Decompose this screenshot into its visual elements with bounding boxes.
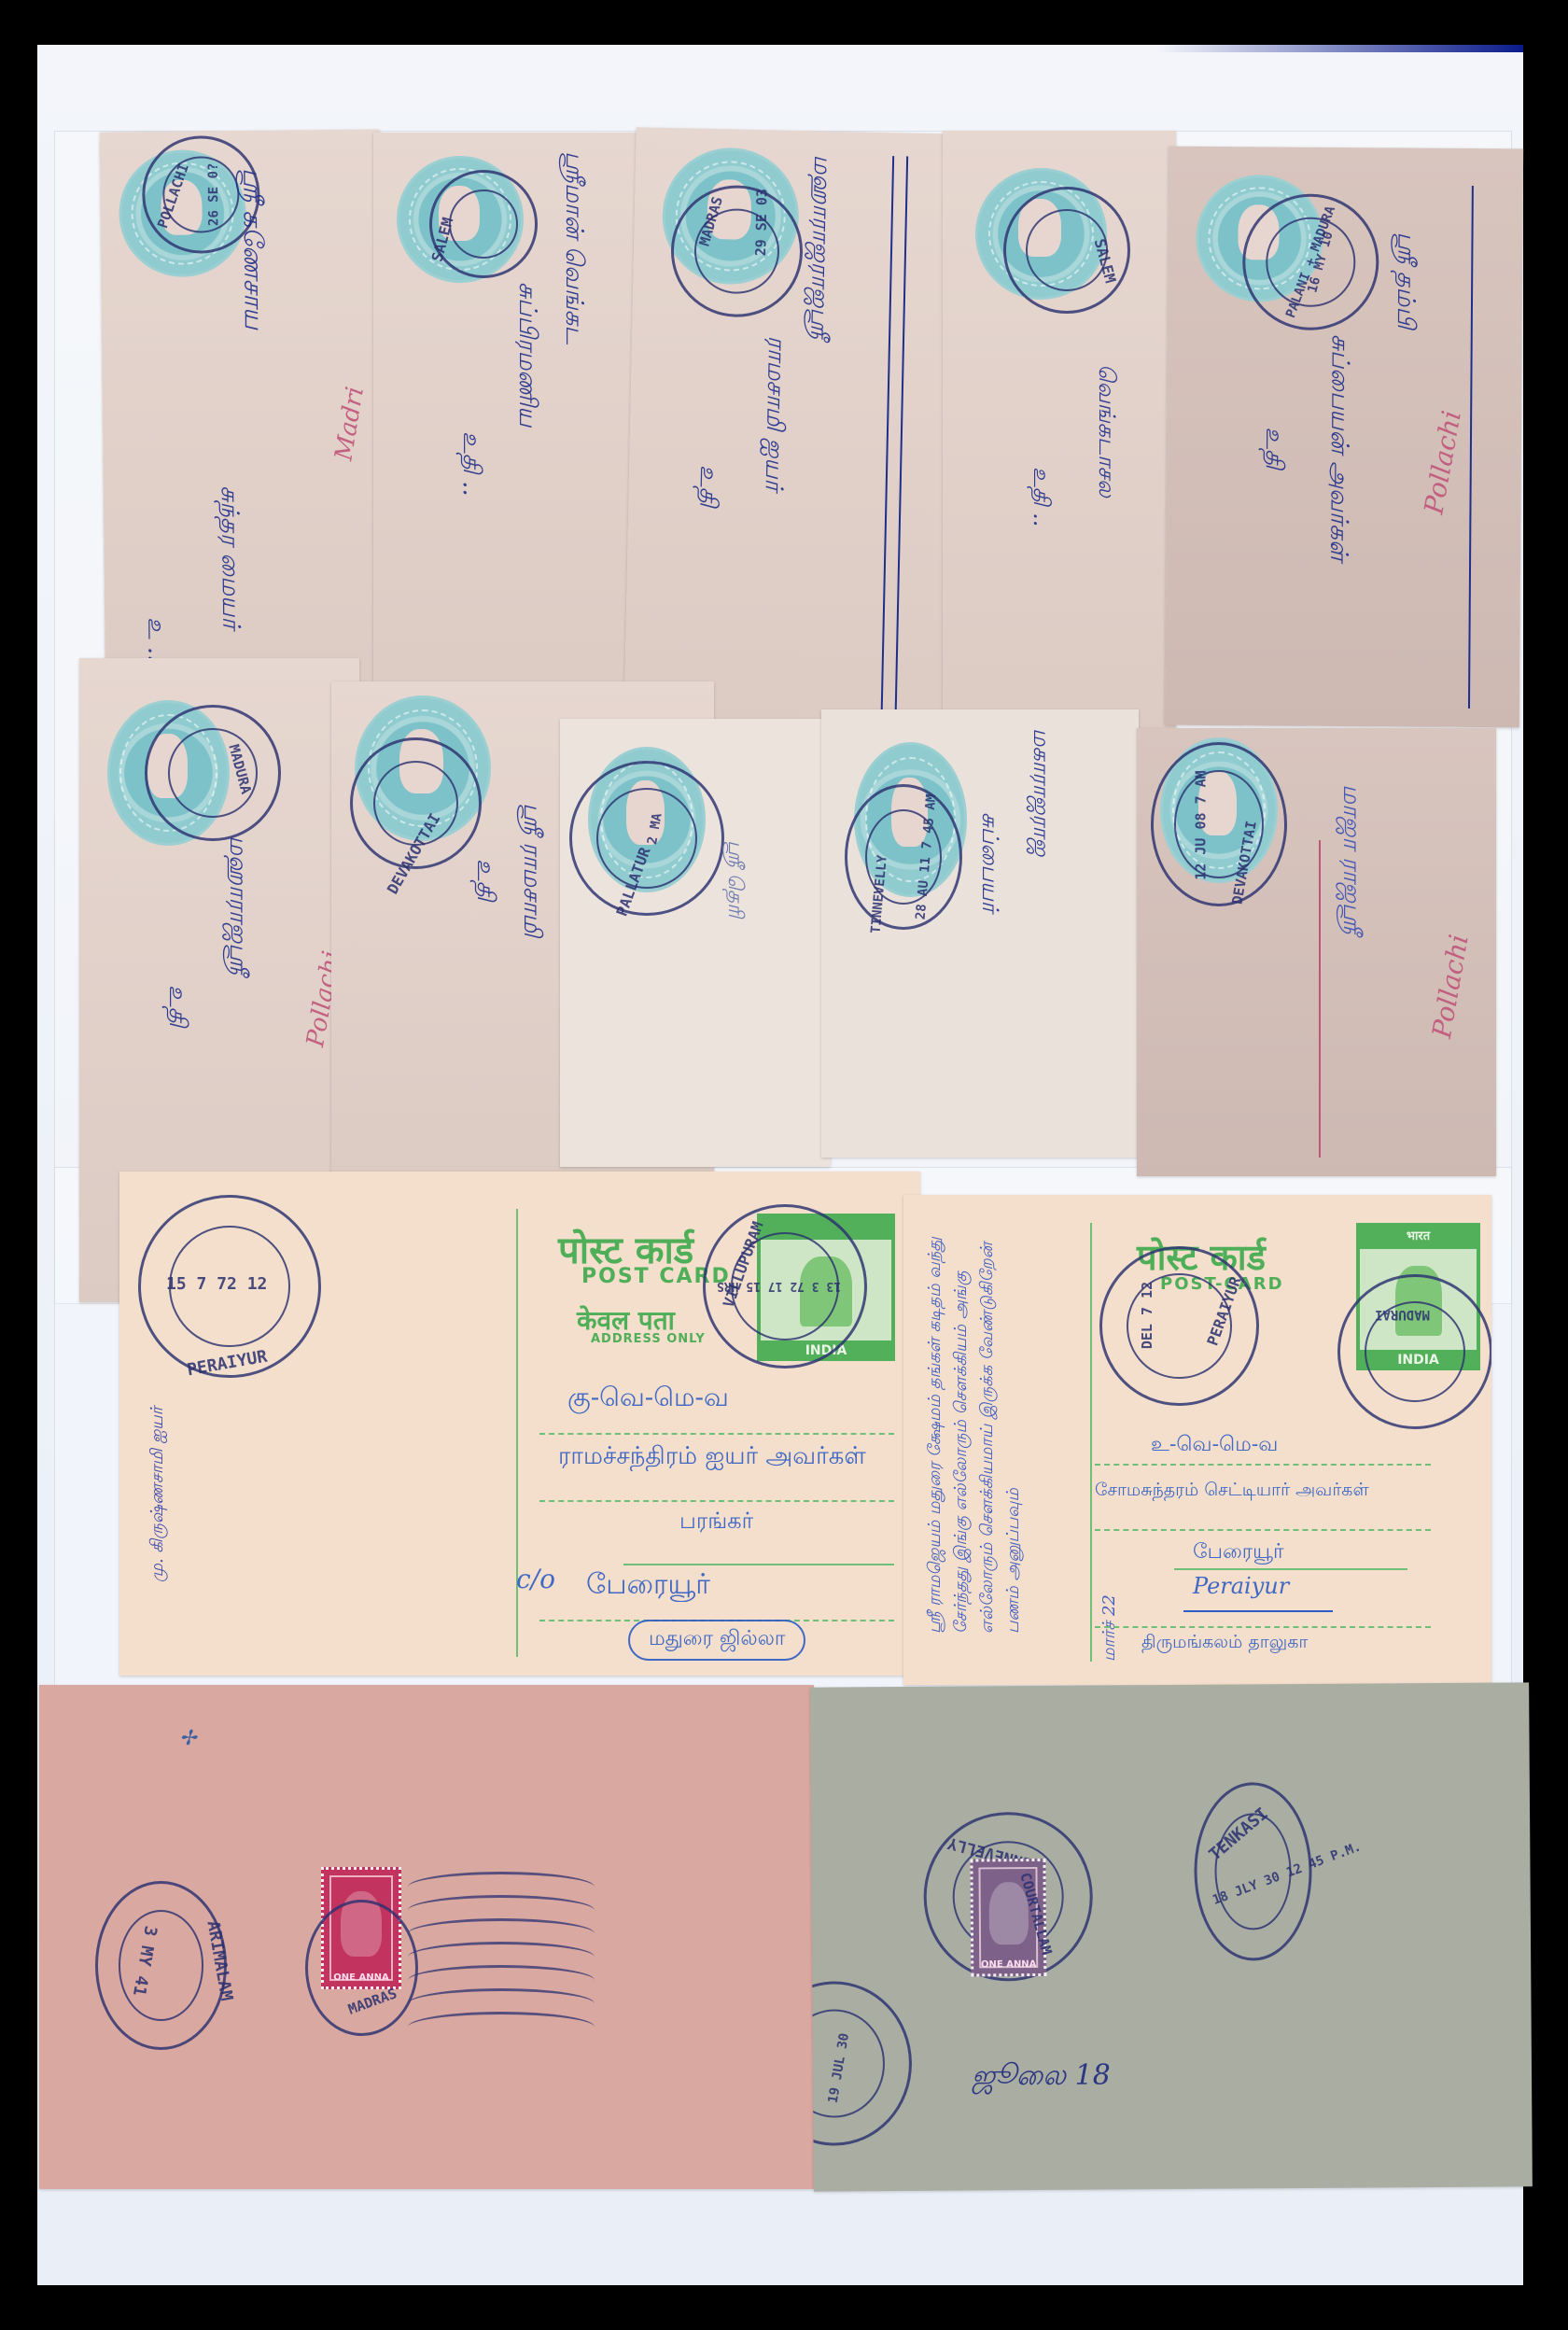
page-edge: [1157, 45, 1523, 52]
stamp-country-top: भारत: [1360, 1227, 1477, 1249]
wavy-cancel: [408, 2012, 595, 2042]
card-row2-4: TINNEVELLY 28 AU 11 7 45 AM மகாராஜராஜ சு…: [821, 709, 1139, 1158]
card-row2-3: PALLATUR 2 MA ஸ்ரீ தெரி: [560, 719, 831, 1167]
care-of: c/o: [516, 1564, 555, 1594]
handwriting: ஸ்ரீமான் வெங்கட: [557, 151, 588, 344]
message-text: ஸ்ரீ ராமஜெயம் மதுரை க்ஷேமம் தங்கள் கடிதம…: [922, 1204, 1027, 1634]
address-only-en: ADDRESS ONLY: [591, 1332, 706, 1346]
address-line: ராமச்சந்திரம் ஐயர் அவர்கள்: [558, 1442, 866, 1473]
handwriting: உதி: [691, 465, 722, 508]
handwriting: ராமசாமி ஐயர்: [757, 335, 791, 491]
address-line: திருமங்கலம் தாலுகா: [1141, 1632, 1308, 1655]
stamp-denomination: ONE ANNA: [973, 1959, 1043, 1971]
address-rule: [1174, 1568, 1407, 1570]
postmark-date: 26 SE 0?: [206, 163, 222, 227]
address-rule: [1095, 1626, 1431, 1628]
handwriting: உதி: [469, 859, 499, 901]
cover-tenkasi: TINNEVELLY ONE ANNA COURTALLAM TENKASI 1…: [810, 1682, 1533, 2191]
ruled-line: [881, 156, 895, 716]
ruled-line: [895, 156, 909, 716]
postmark-madras: [305, 1900, 418, 2036]
postmark-date: DEL 7 12: [1139, 1282, 1155, 1349]
card-row1-3: MADRAS 29 SE 03 மஹாராஜராஜஸ்ரீ ராமசாமி ஐய…: [623, 127, 967, 731]
address-line: மதுரை ஜில்லா: [628, 1620, 805, 1661]
address-line: உ-வெ-மெ-வ: [1151, 1433, 1278, 1459]
postmark: [670, 184, 805, 318]
postmark-arimalam: [95, 1881, 227, 2050]
annotation: Madri: [329, 385, 370, 462]
handwriting: உதி: [1257, 427, 1288, 469]
postmark-date: 13 3 72 17 15 HRS: [717, 1279, 841, 1293]
card-row1-5: PALANI + MADURA 16 MY 10 Pollachi ஸ்ரீ த…: [1165, 147, 1523, 728]
handwriting: ஜூலை 18: [972, 2058, 1111, 2096]
side-note: மார்ச் 22: [1099, 1594, 1121, 1662]
handwriting: சுப்பையர்: [974, 812, 1003, 912]
postmark-madurai: [1337, 1274, 1491, 1429]
handwriting: சுந்தர மையர்: [213, 485, 245, 629]
postmark-date: 12 JU 08 7 AM: [1193, 770, 1210, 879]
address-line: Peraiyur: [1193, 1573, 1289, 1599]
card-row1-1: POLLACHI 26 SE 0? ஸ்ரீ கணேசாய Madri சுந்…: [100, 129, 386, 729]
ruled-line: [1319, 840, 1321, 1158]
annotation: Pollachi: [1418, 408, 1467, 516]
address-line: சோமசுந்தரம் செட்டியார் அவர்கள்: [1095, 1480, 1369, 1503]
handwriting: மகாராஜராஜ: [1026, 728, 1055, 856]
postmark-town: MADURAI: [1375, 1307, 1430, 1322]
handwriting: வெங்கடாசல: [1091, 364, 1120, 498]
postcard-peraiyur-1: पोस्ट कार्ड POST CARD केवल पता ADDRESS O…: [119, 1172, 920, 1676]
handwriting: உதி: [161, 985, 191, 1027]
address-rule: [539, 1500, 894, 1502]
handwriting: மஹாராஜஸ்ரீ: [221, 835, 252, 975]
address-rule: [623, 1564, 894, 1565]
postmark-peraiyur: [1099, 1246, 1259, 1406]
cover-arimalam: ARIMALAM 3 MY 41 ONE ANNA MADRAS ✢: [39, 1685, 814, 2189]
handwriting: ஸ்ரீ தம்பி: [1389, 232, 1421, 329]
postmark-date: 29 SE 03: [752, 189, 771, 257]
handwriting: சுப்பிரமணிய: [511, 282, 541, 427]
handwriting: உ ..: [139, 617, 171, 663]
sender-note: மு. கிருஷ்ணசாமி ஐயர்: [147, 1407, 169, 1582]
handwriting: உதி ..: [455, 431, 485, 497]
card-row1-2: SALEM ஸ்ரீமான் வெங்கட சுப்பிரமணிய உதி ..: [373, 133, 644, 711]
address-underline: [1183, 1610, 1333, 1612]
ruled-line: [1468, 186, 1474, 709]
handwriting: சுப்பையன் அவர்கள்: [1322, 334, 1354, 562]
address-line: பேரையூர்: [586, 1568, 710, 1605]
address-rule: [1095, 1464, 1431, 1466]
postcard-peraiyur-2: ஸ்ரீ ராமஜெயம் மதுரை க்ஷேமம் தங்கள் கடிதம…: [903, 1195, 1491, 1685]
address-line: பரங்கர்: [679, 1508, 753, 1537]
handwriting: ஸ்ரீ ராமசாமி: [515, 803, 546, 937]
card-row2-5: DEVAKOTTAI 12 JU 08 7 AM மாஜா ராஜஸ்ரீ Po…: [1137, 728, 1496, 1176]
postmark-date: 15 7 72 12: [166, 1274, 267, 1294]
card-row1-4: SALEM வெங்கடாசல உதி ..: [943, 131, 1176, 737]
postmark: [145, 705, 281, 841]
mark: ✢: [179, 1727, 196, 1750]
postmark: [1151, 742, 1287, 906]
address-rule: [539, 1433, 894, 1435]
handwriting: மாஜா ராஜஸ்ரீ: [1335, 784, 1365, 934]
divider: [1090, 1223, 1092, 1662]
postmark-partial: [810, 1981, 912, 2146]
postmark: [845, 784, 962, 930]
annotation: Pollachi: [1426, 933, 1475, 1041]
handwriting: உதி ..: [1026, 467, 1055, 526]
address-line: பேரையூர்: [1193, 1540, 1283, 1566]
handwriting: ஸ்ரீ தெரி: [721, 840, 747, 918]
handwriting: ஸ்ரீ கணேசாய: [233, 168, 270, 330]
address-line: கு-வெ-மெ-வ: [567, 1382, 729, 1416]
address-rule: [1095, 1529, 1431, 1531]
handwriting: மஹாராஜராஜஸ்ரீ: [802, 154, 836, 339]
